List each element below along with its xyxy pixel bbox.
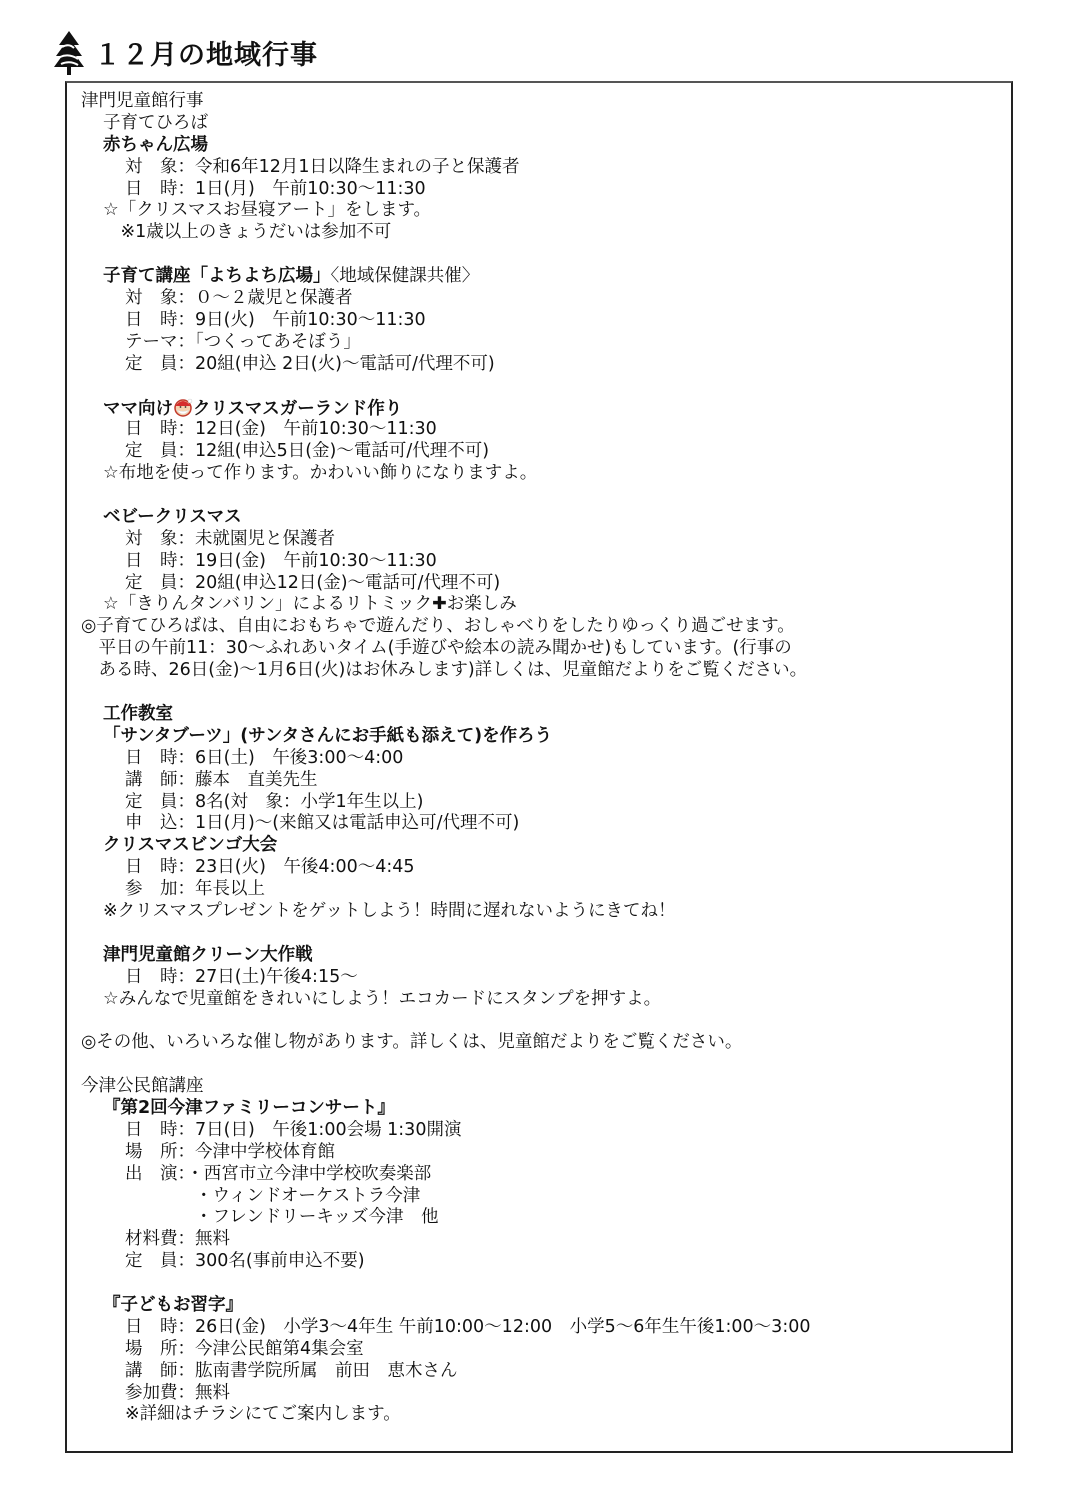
event-detail: 日 時：19日(金) 午前10:30～11:30 xyxy=(81,551,1001,573)
events-box: 津門児童館行事 子育てひろば 赤ちゃん広場 対 象：令和6年12月1日以降生まれ… xyxy=(65,81,1013,1453)
kousaku-title: 「サンタブーツ」(サンタさんにお手紙も添えて)を作ろう xyxy=(81,726,1001,748)
event-detail: 定 員：20組(申込 2日(火)～電話可/代理不可) xyxy=(81,354,1001,376)
other-info: ◎その他、いろいろな催し物があります。詳しくは、児童館だよりをご覧ください。 xyxy=(81,1032,1001,1054)
hiroba-info: ◎子育てひろばは、自由におもちゃで遊んだり、おしゃべりをしたりゆっくり過ごせます… xyxy=(81,616,1001,638)
event-detail: 日 時：7日(日) 午後1:00会場 1:30開演 xyxy=(81,1120,1001,1142)
event-title-row: ママ向け クリスマスガーランド作り xyxy=(81,397,1001,419)
event-detail: 対 象：０～２歳児と保護者 xyxy=(81,288,1001,310)
event-detail: 申 込：1日(月)～(来館又は電話申込可/代理不可) xyxy=(81,813,1001,835)
section-heading-kouminkan: 今津公民館講座 xyxy=(81,1076,1001,1098)
santa-icon xyxy=(173,397,193,417)
page-title: １２月の地域行事 xyxy=(94,33,318,72)
event-detail: 定 員：300名(事前申込不要) xyxy=(81,1251,1001,1273)
kousaku-heading: 工作教室 xyxy=(81,704,1001,726)
event-title: クリスマスビンゴ大会 xyxy=(81,835,1001,857)
event-detail: ・ウィンドオーケストラ今津 xyxy=(81,1186,1001,1208)
event-detail: 参加費：無料 xyxy=(81,1383,1001,1405)
event-note: ※詳細はチラシにてご案内します。 xyxy=(81,1404,1001,1426)
events-content: 津門児童館行事 子育てひろば 赤ちゃん広場 対 象：令和6年12月1日以降生まれ… xyxy=(81,91,1001,1426)
event-detail: 日 時：12日(金) 午前10:30～11:30 xyxy=(81,419,1001,441)
event-detail: 定 員：8名(対 象：小学1年生以上) xyxy=(81,792,1001,814)
event-detail: 日 時：27日(土)午後4:15～ xyxy=(81,967,1001,989)
event-detail: 場 所：今津公民館第4集会室 xyxy=(81,1339,1001,1361)
section-heading-jidoukan: 津門児童館行事 xyxy=(81,91,1001,113)
event-title: 津門児童館クリーン大作戦 xyxy=(81,945,1001,967)
event-detail: 日 時：23日(火) 午後4:00～4:45 xyxy=(81,857,1001,879)
event-note: ※1歳以上のきょうだいは参加不可 xyxy=(81,222,1001,244)
event-detail: 対 象：令和6年12月1日以降生まれの子と保護者 xyxy=(81,157,1001,179)
event-title: 子育て講座「よちよち広場」 xyxy=(103,266,331,286)
hiroba-info: ある時、26日(金)～1月6日(火)はお休みします)詳しくは、児童館だよりをご覧… xyxy=(81,660,1001,682)
event-detail: 定 員：20組(申込12日(金)～電話可/代理不可) xyxy=(81,573,1001,595)
event-title: クリスマスガーランド作り xyxy=(193,399,402,419)
event-title: ベビークリスマス xyxy=(81,507,1001,529)
event-detail: 対 象：未就園児と保護者 xyxy=(81,529,1001,551)
christmas-tree-icon xyxy=(52,29,86,75)
event-detail: 日 時：26日(金) 小学3～4年生 午前10:00～12:00 小学5～6年生… xyxy=(81,1317,1001,1339)
event-detail: 定 員：12組(申込5日(金)～電話可/代理不可) xyxy=(81,441,1001,463)
concert-title: 『第2回今津ファミリーコンサート』 xyxy=(81,1098,1001,1120)
event-detail: 講 師：肱南書学院所属 前田 恵木さん xyxy=(81,1361,1001,1383)
page-heading: １２月の地域行事 xyxy=(52,30,318,74)
event-detail: 出 演：・西宮市立今津中学校吹奏楽部 xyxy=(81,1164,1001,1186)
event-note: ☆「きりんタンバリン」によるリトミック✚お楽しみ xyxy=(81,594,1001,616)
event-detail: 日 時：9日(火) 午前10:30～11:30 xyxy=(81,310,1001,332)
event-title-prefix: ママ向け xyxy=(103,399,173,419)
subheading-kosodate-hiroba: 子育てひろば xyxy=(81,113,1001,135)
event-detail: 材料費：無料 xyxy=(81,1229,1001,1251)
event-note: ※クリスマスプレゼントをゲットしよう！時間に遅れないようにきてね！ xyxy=(81,901,1001,923)
shuji-title: 『子どもお習字』 xyxy=(81,1295,1001,1317)
event-detail: 日 時：1日(月) 午前10:30～11:30 xyxy=(81,179,1001,201)
event-note: ☆みんなで児童館をきれいにしよう！エコカードにスタンプを押すよ。 xyxy=(81,989,1001,1011)
event-detail: 参 加：年長以上 xyxy=(81,879,1001,901)
event-title-row: 子育て講座「よちよち広場」〈地域保健課共催〉 xyxy=(81,266,1001,288)
event-cosponsor: 〈地域保健課共催〉 xyxy=(331,266,480,286)
event-detail: 講 師：藤本 直美先生 xyxy=(81,770,1001,792)
event-detail: テーマ：「つくってあそぼう」 xyxy=(81,332,1001,354)
event-note: ☆「クリスマスお昼寝アート」をします。 xyxy=(81,200,1001,222)
event-note: ☆布地を使って作ります。かわいい飾りになりますよ。 xyxy=(81,463,1001,485)
event-detail: ・フレンドリーキッズ今津 他 xyxy=(81,1207,1001,1229)
hiroba-info: 平日の午前11：30～ふれあいタイム(手遊びや絵本の読み聞かせ)もしています。(… xyxy=(81,638,1001,660)
event-detail: 日 時：6日(土) 午後3:00～4:00 xyxy=(81,748,1001,770)
event-title: 赤ちゃん広場 xyxy=(81,135,1001,157)
event-detail: 場 所：今津中学校体育館 xyxy=(81,1142,1001,1164)
